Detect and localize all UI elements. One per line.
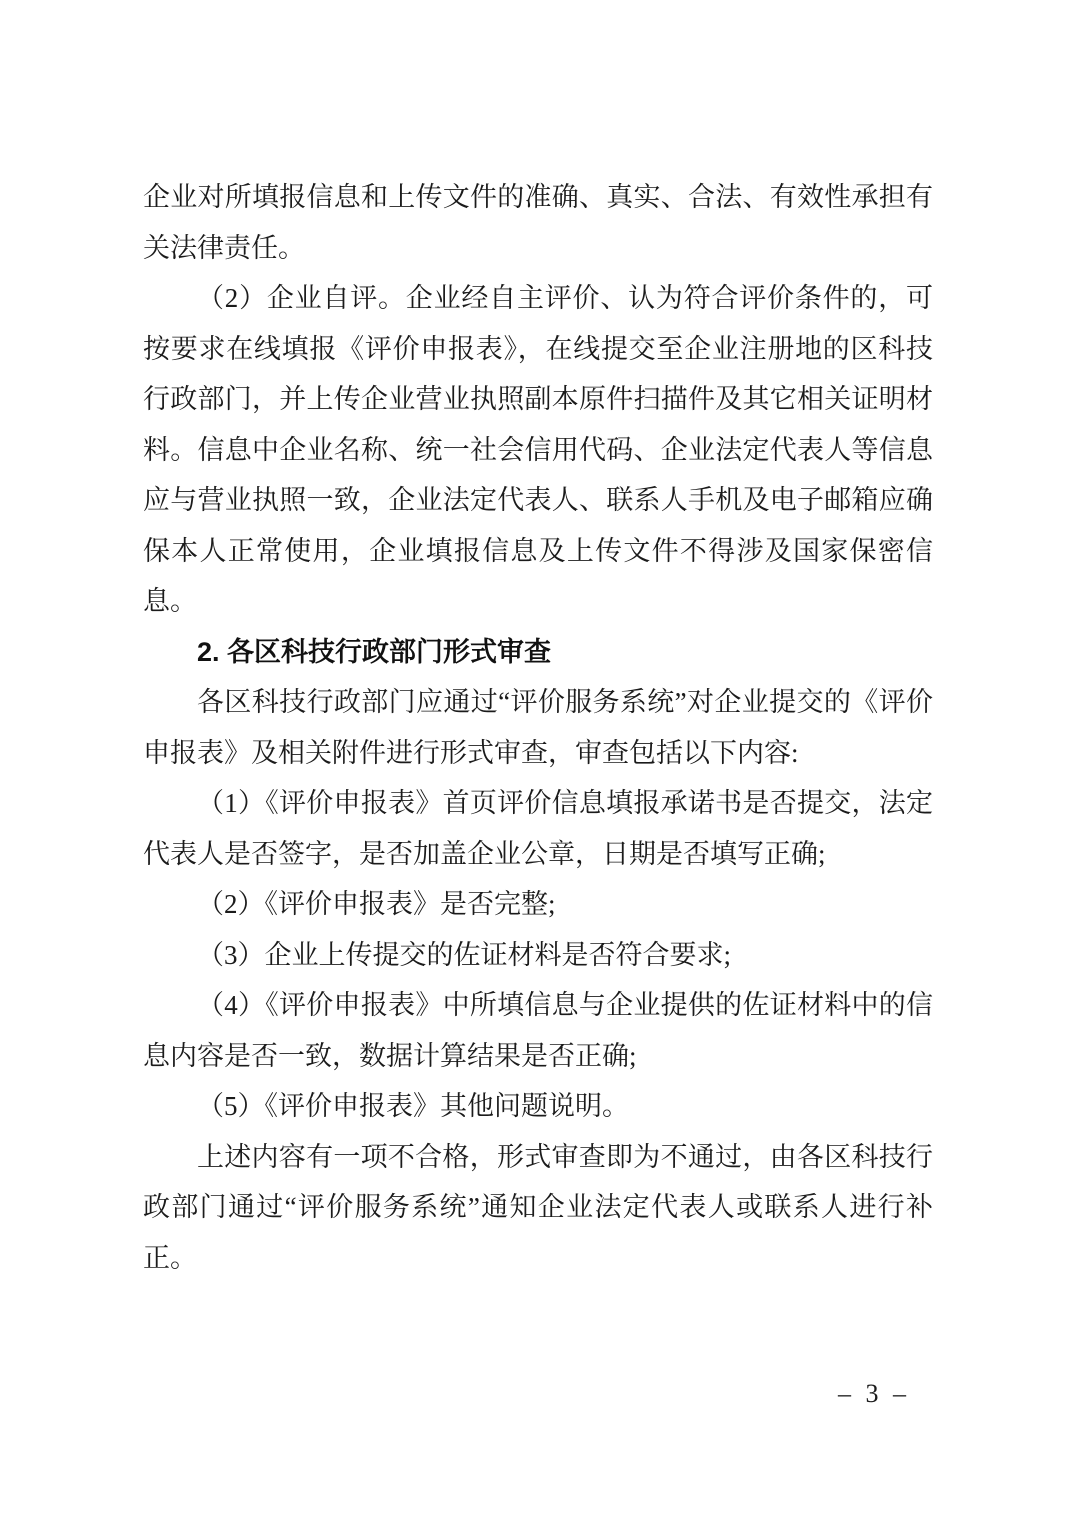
paragraph-review-item-2: （2）《评价申报表》是否完整;: [143, 879, 933, 930]
section-heading-formal-review: 2. 各区科技行政部门形式审查: [143, 627, 933, 678]
paragraph-legal-responsibility: 企业对所填报信息和上传文件的准确、真实、合法、有效性承担有关法律责任。: [143, 172, 933, 273]
paragraph-review-fail-consequence: 上述内容有一项不合格，形式审查即为不通过，由各区科技行政部门通过“评价服务系统”…: [143, 1132, 933, 1284]
document-page: 企业对所填报信息和上传文件的准确、真实、合法、有效性承担有关法律责任。 （2）企…: [0, 0, 1069, 1520]
paragraph-review-item-4: （4）《评价申报表》中所填信息与企业提供的佐证材料中的信息内容是否一致，数据计算…: [143, 980, 933, 1081]
paragraph-review-item-5: （5）《评价申报表》其他问题说明。: [143, 1081, 933, 1132]
document-body: 企业对所填报信息和上传文件的准确、真实、合法、有效性承担有关法律责任。 （2）企…: [143, 172, 933, 1283]
paragraph-enterprise-self-evaluation: （2）企业自评。企业经自主评价、认为符合评价条件的，可按要求在线填报《评价申报表…: [143, 273, 933, 627]
paragraph-review-item-1: （1）《评价申报表》首页评价信息填报承诺书是否提交，法定代表人是否签字，是否加盖…: [143, 778, 933, 879]
paragraph-formal-review-intro: 各区科技行政部门应通过“评价服务系统”对企业提交的《评价申报表》及相关附件进行形…: [143, 677, 933, 778]
page-number: – 3 –: [838, 1378, 928, 1410]
paragraph-review-item-3: （3）企业上传提交的佐证材料是否符合要求;: [143, 930, 933, 981]
